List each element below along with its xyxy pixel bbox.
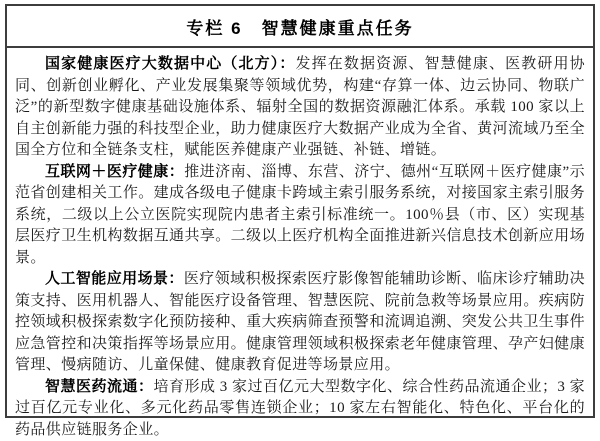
paragraph-lead: 国家健康医疗大数据中心（北方）： xyxy=(45,56,296,72)
paragraph-ai-application-scenarios: 人工智能应用场景：医疗领域积极探索医疗影像智能辅助诊断、临床诊疗辅助决策支持、医… xyxy=(15,269,585,377)
paragraph-internet-plus-health: 互联网＋医疗健康：推进济南、淄博、东营、济宁、德州“互联网＋医疗健康”示范省创建… xyxy=(15,162,585,270)
paragraph-national-data-center: 国家健康医疗大数据中心（北方）：发挥在数据资源、智慧健康、医教研用协同、创新创业… xyxy=(15,54,585,162)
column-panel-box: 专栏 6 智慧健康重点任务 国家健康医疗大数据中心（北方）：发挥在数据资源、智慧… xyxy=(5,4,595,418)
panel-body: 国家健康医疗大数据中心（北方）：发挥在数据资源、智慧健康、医教研用协同、创新创业… xyxy=(7,48,593,441)
paragraph-lead: 智慧医药流通： xyxy=(45,379,154,395)
paragraph-smart-pharma-distribution: 智慧医药流通：培育形成 3 家过百亿元大型数字化、综合性药品流通企业；3 家过百… xyxy=(15,377,585,441)
panel-title: 专栏 6 智慧健康重点任务 xyxy=(7,6,593,48)
paragraph-lead: 人工智能应用场景： xyxy=(45,271,184,287)
paragraph-lead: 互联网＋医疗健康： xyxy=(45,164,184,180)
